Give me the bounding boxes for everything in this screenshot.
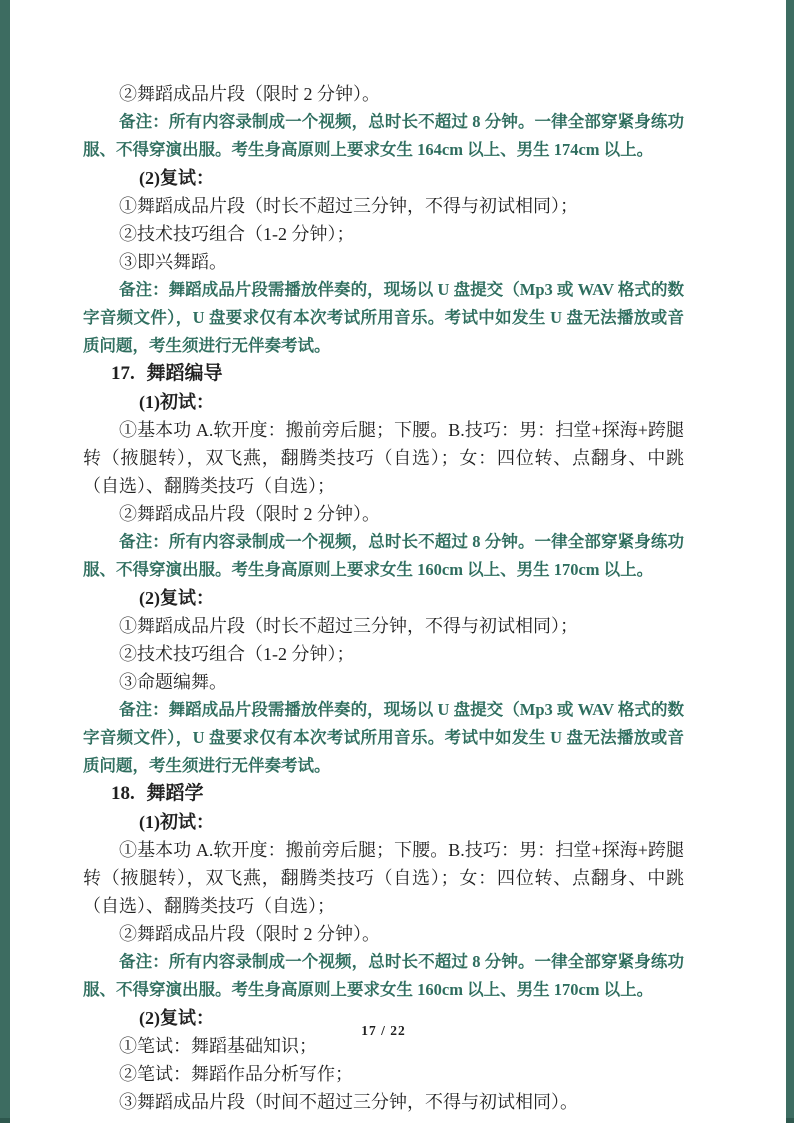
note-paragraph: 备注：舞蹈成品片段需播放伴奏的，现场以 U 盘提交（Mp3 或 WAV 格式的数… [83, 696, 684, 780]
document-body: ②舞蹈成品片段（限时 2 分钟）。备注：所有内容录制成一个视频，总时长不超过 8… [83, 80, 684, 1116]
page-number-indicator: 17 / 22 [83, 1023, 684, 1039]
exam-item: ②笔试：舞蹈作品分析写作； [83, 1060, 684, 1088]
exam-item: ②舞蹈成品片段（限时 2 分钟）。 [83, 500, 684, 528]
exam-item: ②舞蹈成品片段（限时 2 分钟）。 [83, 80, 684, 108]
round-subheading: (1)初试： [83, 388, 684, 416]
note-paragraph: 备注：所有内容录制成一个视频，总时长不超过 8 分钟。一律全部穿紧身练功服、不得… [83, 948, 684, 1004]
exam-item: ①基本功 A.软开度：搬前旁后腿；下腰。B.技巧：男：扫堂+探海+跨腿转（掖腿转… [83, 836, 684, 920]
exam-item: ②舞蹈成品片段（限时 2 分钟）。 [83, 920, 684, 948]
exam-item: ③即兴舞蹈。 [83, 248, 684, 276]
note-paragraph: 备注：所有内容录制成一个视频，总时长不超过 8 分钟。一律全部穿紧身练功服、不得… [83, 108, 684, 164]
right-accent-bar [786, 0, 794, 1123]
section-heading: 18. 舞蹈学 [83, 780, 684, 808]
exam-item: ③命题编舞。 [83, 668, 684, 696]
note-paragraph: 备注：所有内容录制成一个视频，总时长不超过 8 分钟。一律全部穿紧身练功服、不得… [83, 528, 684, 584]
exam-item: ①舞蹈成品片段（时长不超过三分钟，不得与初试相同）； [83, 192, 684, 220]
exam-item: ①基本功 A.软开度：搬前旁后腿；下腰。B.技巧：男：扫堂+探海+跨腿转（掖腿转… [83, 416, 684, 500]
exam-item: ①舞蹈成品片段（时长不超过三分钟，不得与初试相同）； [83, 612, 684, 640]
exam-item: ③舞蹈成品片段（时间不超过三分钟，不得与初试相同）。 [83, 1088, 684, 1116]
document-page: ②舞蹈成品片段（限时 2 分钟）。备注：所有内容录制成一个视频，总时长不超过 8… [0, 0, 794, 1123]
round-subheading: (2)复试： [83, 584, 684, 612]
exam-item: ②技术技巧组合（1-2 分钟）； [83, 640, 684, 668]
exam-item: ②技术技巧组合（1-2 分钟）； [83, 220, 684, 248]
section-heading: 17. 舞蹈编导 [83, 360, 684, 388]
round-subheading: (1)初试： [83, 808, 684, 836]
round-subheading: (2)复试： [83, 164, 684, 192]
left-accent-bar [0, 0, 10, 1123]
note-paragraph: 备注：舞蹈成品片段需播放伴奏的，现场以 U 盘提交（Mp3 或 WAV 格式的数… [83, 276, 684, 360]
